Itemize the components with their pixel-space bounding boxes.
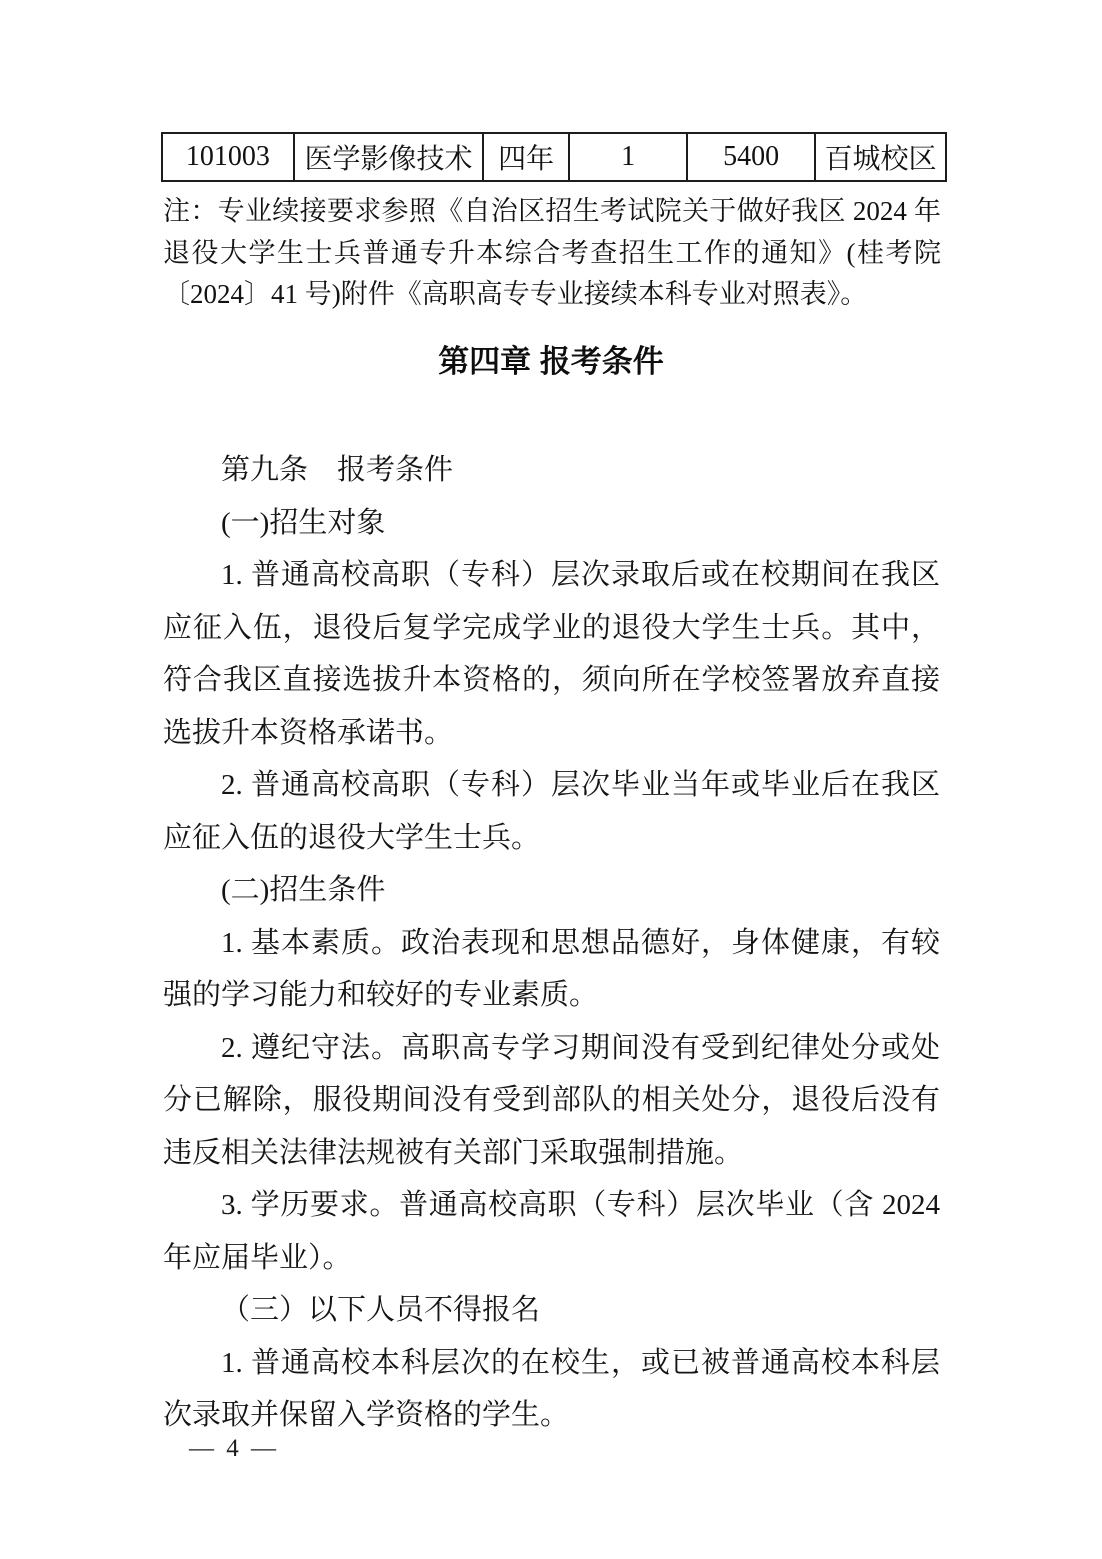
- cell-program-code: 101003: [162, 133, 294, 181]
- subsection-1-item-1: 1. 普通高校高职（专科）层次录取后或在校期间在我区应征入伍，退役后复学完成学业…: [163, 549, 940, 759]
- program-spec-table: 101003 医学影像技术 四年 1 5400 百城校区: [161, 132, 947, 182]
- article-title: 第九条 报考条件: [163, 444, 940, 497]
- table-row: 101003 医学影像技术 四年 1 5400 百城校区: [162, 133, 946, 181]
- document-body: 第九条 报考条件 (一)招生对象 1. 普通高校高职（专科）层次录取后或在校期间…: [163, 444, 940, 1442]
- subsection-3-title: （三）以下人员不得报名: [163, 1284, 940, 1337]
- cell-tuition: 5400: [687, 133, 815, 181]
- cell-plan-count: 1: [569, 133, 687, 181]
- subsection-2-title: (二)招生条件: [163, 864, 940, 917]
- subsection-3-item-1: 1. 普通高校本科层次的在校生，或已被普通高校本科层次录取并保留入学资格的学生。: [163, 1337, 940, 1442]
- cell-program-name: 医学影像技术: [294, 133, 484, 181]
- cell-campus: 百城校区: [815, 133, 946, 181]
- subsection-1-item-2: 2. 普通高校高职（专科）层次毕业当年或毕业后在我区应征入伍的退役大学生士兵。: [163, 759, 940, 864]
- table-footnote: 注：专业续接要求参照《自治区招生考试院关于做好我区 2024 年退役大学生士兵普…: [163, 191, 941, 316]
- chapter-heading: 第四章 报考条件: [0, 340, 1102, 384]
- cell-duration: 四年: [483, 133, 568, 181]
- page-number: — 4 —: [189, 1434, 279, 1464]
- subsection-2-item-2: 2. 遵纪守法。高职高专学习期间没有受到纪律处分或处分已解除，服役期间没有受到部…: [163, 1022, 940, 1180]
- subsection-2-item-1: 1. 基本素质。政治表现和思想品德好，身体健康，有较强的学习能力和较好的专业素质…: [163, 917, 940, 1022]
- document-page: 101003 医学影像技术 四年 1 5400 百城校区 注：专业续接要求参照《…: [0, 0, 1102, 1559]
- subsection-2-item-3: 3. 学历要求。普通高校高职（专科）层次毕业（含 2024 年应届毕业）。: [163, 1179, 940, 1284]
- subsection-1-title: (一)招生对象: [163, 497, 940, 550]
